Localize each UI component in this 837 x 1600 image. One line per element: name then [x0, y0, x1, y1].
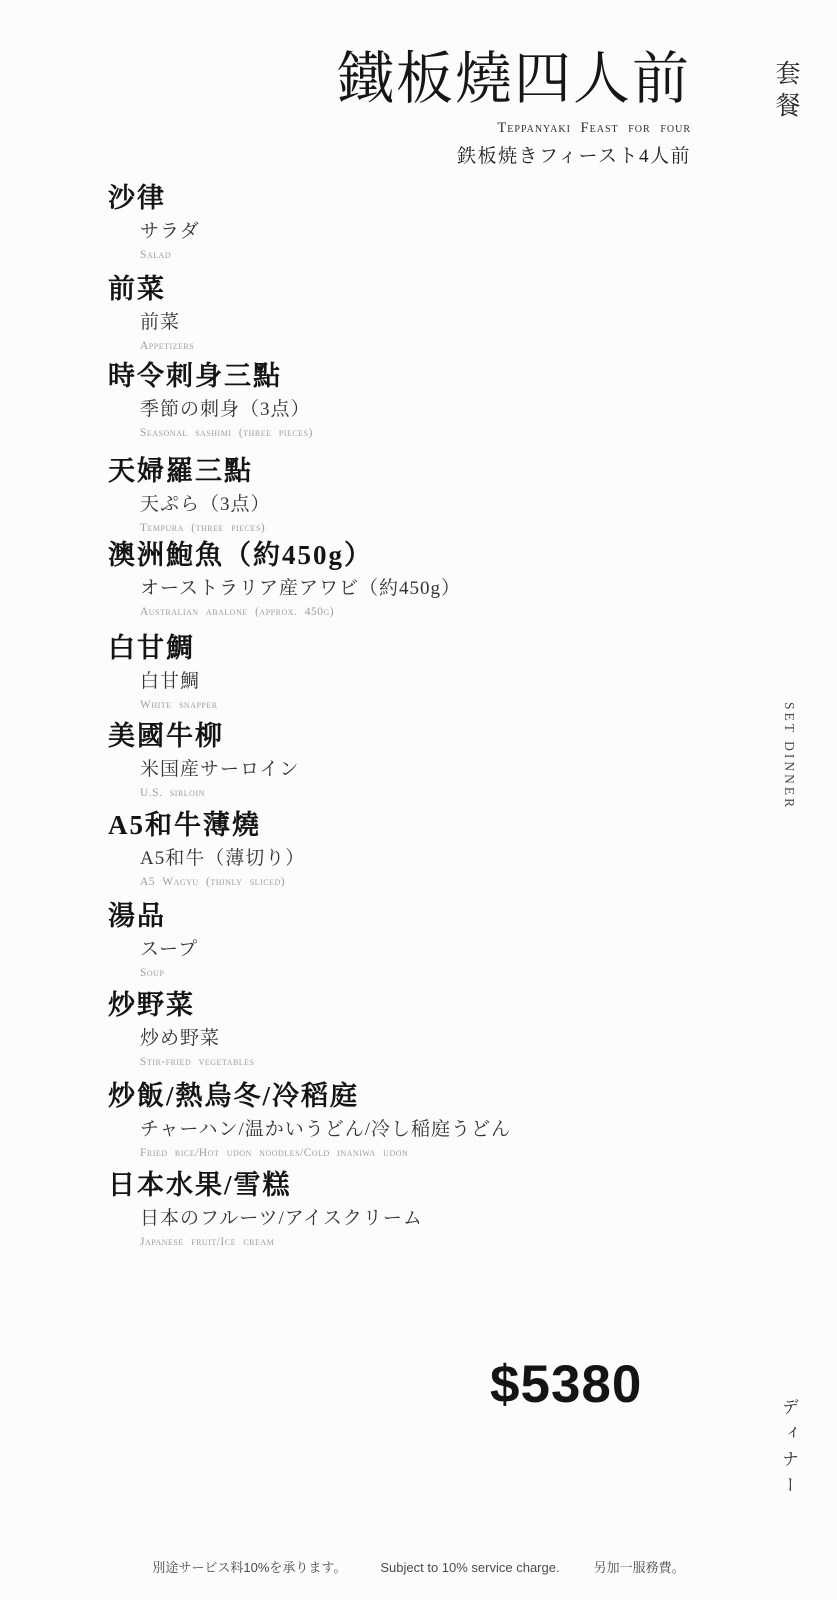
- set-price: $5380: [490, 1358, 642, 1411]
- dish-name-zh: 澳洲鮑魚（約450g）: [108, 542, 461, 569]
- dish-name-zh: 炒野菜: [108, 992, 255, 1019]
- menu-item-appetizers: 前菜 前菜 Appetizers: [108, 276, 194, 353]
- dish-name-en: Seasonal sashimi (three pieces): [140, 428, 313, 440]
- dish-name-zh: 湯品: [108, 903, 198, 930]
- dish-name-ja: 白甘鯛: [140, 672, 218, 691]
- dish-name-ja: A5和牛（薄切り）: [140, 849, 305, 868]
- dish-name-en: Tempura (three pieces): [140, 523, 271, 535]
- menu-item-salad: 沙律 サラダ Salad: [108, 185, 200, 262]
- dish-name-en: Fried rice/Hot udon noodles/Cold inaniwa…: [140, 1148, 511, 1160]
- dish-name-en: Salad: [140, 250, 200, 262]
- service-charge-japanese: 別途サービス料10%を承ります。: [152, 1560, 346, 1577]
- dish-name-ja: 天ぷら（3点）: [140, 495, 271, 514]
- menu-item-soup: 湯品 スープ Soup: [108, 903, 198, 980]
- dish-name-zh: A5和牛薄燒: [108, 812, 305, 839]
- service-charge-chinese: 另加一服務費。: [594, 1560, 685, 1577]
- dish-name-en: Australian abalone (approx. 450g): [140, 607, 461, 619]
- service-charge-english: Subject to 10% service charge.: [380, 1560, 559, 1577]
- dish-name-en: U.S. sirloin: [140, 788, 299, 800]
- service-charge-notice: 別途サービス料10%を承ります。 Subject to 10% service …: [0, 1560, 837, 1577]
- menu-page: 鐵板燒四人前 Teppanyaki Feast for four 鉄板焼きフィー…: [0, 0, 837, 1600]
- dish-name-en: Appetizers: [140, 341, 194, 353]
- side-label-dinner-japanese: ディナー: [776, 1398, 801, 1502]
- dish-name-ja: サラダ: [140, 222, 200, 241]
- dish-name-en: A5 Wagyu (thinly sliced): [140, 877, 305, 889]
- page-title: 鐵板燒四人前: [337, 48, 691, 112]
- menu-item-stir-fried-vegetables: 炒野菜 炒め野菜 Stir-fried vegetables: [108, 992, 255, 1069]
- dish-name-zh: 美國牛柳: [108, 723, 299, 750]
- dish-name-zh: 沙律: [108, 185, 200, 212]
- dish-name-zh: 時令刺身三點: [108, 363, 313, 390]
- dish-name-zh: 日本水果/雪糕: [108, 1172, 423, 1199]
- dish-name-en: White snapper: [140, 700, 218, 712]
- dish-name-ja: オーストラリア産アワビ（約450g）: [140, 579, 461, 598]
- side-label-set-meal: 套餐: [767, 60, 803, 124]
- page-subtitle-english: Teppanyaki Feast for four: [337, 120, 691, 137]
- menu-item-sashimi: 時令刺身三點 季節の刺身（3点） Seasonal sashimi (three…: [108, 363, 313, 440]
- dish-name-ja: 前菜: [140, 313, 194, 332]
- menu-item-dessert: 日本水果/雪糕 日本のフルーツ/アイスクリーム Japanese fruit/I…: [108, 1172, 423, 1249]
- menu-item-rice-udon: 炒飯/熱烏冬/冷稻庭 チャーハン/温かいうどん/冷し稲庭うどん Fried ri…: [108, 1083, 511, 1160]
- menu-item-abalone: 澳洲鮑魚（約450g） オーストラリア産アワビ（約450g） Australia…: [108, 542, 461, 619]
- dish-name-zh: 炒飯/熱烏冬/冷稻庭: [108, 1083, 511, 1110]
- dish-name-ja: 米国産サーロイン: [140, 760, 299, 779]
- page-subtitle-japanese: 鉄板焼きフィースト4人前: [337, 141, 691, 168]
- side-label-set-dinner: SET DINNER: [781, 702, 797, 810]
- menu-item-us-sirloin: 美國牛柳 米国産サーロイン U.S. sirloin: [108, 723, 299, 800]
- dish-name-en: Stir-fried vegetables: [140, 1057, 255, 1069]
- menu-item-a5-wagyu: A5和牛薄燒 A5和牛（薄切り） A5 Wagyu (thinly sliced…: [108, 812, 305, 889]
- menu-header: 鐵板燒四人前 Teppanyaki Feast for four 鉄板焼きフィー…: [337, 48, 691, 168]
- menu-item-white-snapper: 白甘鯛 白甘鯛 White snapper: [108, 635, 218, 712]
- dish-name-zh: 前菜: [108, 276, 194, 303]
- menu-item-tempura: 天婦羅三點 天ぷら（3点） Tempura (three pieces): [108, 458, 271, 535]
- dish-name-en: Japanese fruit/Ice cream: [140, 1237, 423, 1249]
- dish-name-en: Soup: [140, 968, 198, 980]
- dish-name-ja: 炒め野菜: [140, 1029, 255, 1048]
- dish-name-ja: 季節の刺身（3点）: [140, 400, 313, 419]
- dish-name-zh: 白甘鯛: [108, 635, 218, 662]
- dish-name-ja: 日本のフルーツ/アイスクリーム: [140, 1209, 423, 1228]
- dish-name-ja: スープ: [140, 940, 198, 959]
- dish-name-zh: 天婦羅三點: [108, 458, 271, 485]
- dish-name-ja: チャーハン/温かいうどん/冷し稲庭うどん: [140, 1120, 511, 1139]
